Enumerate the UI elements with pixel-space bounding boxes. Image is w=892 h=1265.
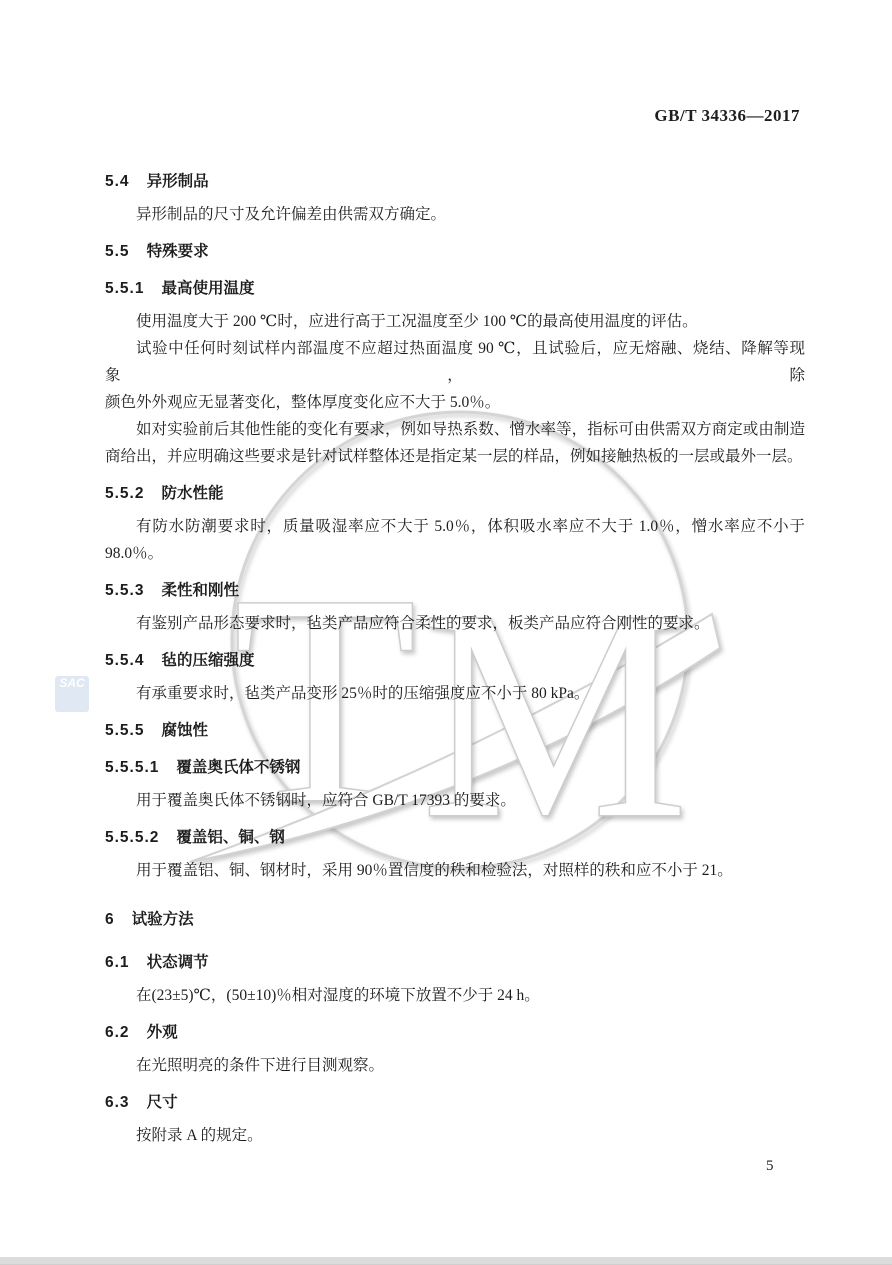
paragraph: 使用温度大于 200 ℃时，应进行高于工况温度至少 100 ℃的最高使用温度的评… <box>105 308 805 335</box>
section-title: 防水性能 <box>161 485 223 502</box>
paragraph-line: 有防水防潮要求时，质量吸湿率应不大于 5.0％，体积吸水率应不大于 1.0％，憎… <box>105 513 805 540</box>
section-heading-6: 6试验方法 <box>105 906 805 933</box>
paragraph: 有鉴别产品形态要求时，毡类产品应符合柔性的要求，板类产品应符合刚性的要求。 <box>105 610 805 637</box>
section-number: 5.5.5.2 <box>105 829 159 846</box>
section-number: 5.4 <box>105 173 130 190</box>
section-number: 5.5.2 <box>105 485 144 502</box>
section-title: 腐蚀性 <box>161 722 208 739</box>
scan-edge-band <box>0 1257 892 1265</box>
paragraph-line: 如对实验前后其他性能的变化有要求，例如导热系数、憎水率等，指标可由供需双方商定或… <box>105 416 805 443</box>
paragraph-line: 颜色外外观应无显著变化，整体厚度变化应不大于 5.0％。 <box>105 389 805 416</box>
section-title: 柔性和刚性 <box>161 582 239 599</box>
section-title: 状态调节 <box>147 954 209 971</box>
document-body: 5.4异形制品异形制品的尺寸及允许偏差由供需双方确定。5.5特殊要求5.5.1最… <box>0 0 892 1149</box>
paragraph-line: 按附录 A 的规定。 <box>105 1122 805 1149</box>
paragraph-line: 试验中任何时刻试样内部温度不应超过热面温度 90 ℃，且试验后，应无熔融、烧结、… <box>105 335 805 389</box>
paragraph: 有防水防潮要求时，质量吸湿率应不大于 5.0％，体积吸水率应不大于 1.0％，憎… <box>105 513 805 567</box>
section-number: 5.5.4 <box>105 652 144 669</box>
section-heading-5.5.5: 5.5.5腐蚀性 <box>105 717 805 744</box>
section-heading-6.3: 6.3尺寸 <box>105 1089 805 1116</box>
section-heading-6.1: 6.1状态调节 <box>105 949 805 976</box>
section-heading-5.5: 5.5特殊要求 <box>105 238 805 265</box>
section-number: 5.5.5 <box>105 722 144 739</box>
section-number: 5.5.3 <box>105 582 144 599</box>
paragraph-line: 在(23±5)℃，(50±10)％相对湿度的环境下放置不少于 24 h。 <box>105 982 805 1009</box>
paragraph: 异形制品的尺寸及允许偏差由供需双方确定。 <box>105 201 805 228</box>
section-heading-5.5.5.2: 5.5.5.2覆盖铝、铜、钢 <box>105 824 805 851</box>
page-number: 5 <box>766 1158 774 1175</box>
section-number: 5.5.5.1 <box>105 759 159 776</box>
paragraph-line: 98.0％。 <box>105 540 805 567</box>
paragraph-line: 在光照明亮的条件下进行目测观察。 <box>105 1052 805 1079</box>
paragraph-line: 商给出，并应明确这些要求是针对试样整体还是指定某一层的样品，例如接触热板的一层或… <box>105 443 805 470</box>
paragraph: 在(23±5)℃，(50±10)％相对湿度的环境下放置不少于 24 h。 <box>105 982 805 1009</box>
paragraph-line: 有鉴别产品形态要求时，毡类产品应符合柔性的要求，板类产品应符合刚性的要求。 <box>105 610 805 637</box>
section-title: 毡的压缩强度 <box>161 652 254 669</box>
section-title: 覆盖铝、铜、钢 <box>176 829 285 846</box>
section-number: 6.3 <box>105 1094 130 1111</box>
paragraph: 试验中任何时刻试样内部温度不应超过热面温度 90 ℃，且试验后，应无熔融、烧结、… <box>105 335 805 416</box>
section-title: 试验方法 <box>132 911 194 928</box>
paragraph-line: 用于覆盖铝、铜、钢材时，采用 90％置信度的秩和检验法，对照样的秩和应不小于 2… <box>105 857 805 884</box>
section-heading-5.4: 5.4异形制品 <box>105 168 805 195</box>
paragraph: 用于覆盖铝、铜、钢材时，采用 90％置信度的秩和检验法，对照样的秩和应不小于 2… <box>105 857 805 884</box>
section-title: 异形制品 <box>147 173 209 190</box>
paragraph-line: 使用温度大于 200 ℃时，应进行高于工况温度至少 100 ℃的最高使用温度的评… <box>105 308 805 335</box>
paragraph-line: 用于覆盖奥氏体不锈钢时，应符合 GB/T 17393 的要求。 <box>105 787 805 814</box>
section-heading-5.5.3: 5.5.3柔性和刚性 <box>105 577 805 604</box>
section-number: 6 <box>105 911 115 928</box>
paragraph: 如对实验前后其他性能的变化有要求，例如导热系数、憎水率等，指标可由供需双方商定或… <box>105 416 805 470</box>
section-heading-5.5.5.1: 5.5.5.1覆盖奥氏体不锈钢 <box>105 754 805 781</box>
section-number: 5.5 <box>105 243 130 260</box>
section-heading-6.2: 6.2外观 <box>105 1019 805 1046</box>
section-heading-5.5.2: 5.5.2防水性能 <box>105 480 805 507</box>
section-number: 5.5.1 <box>105 280 144 297</box>
paragraph-line: 异形制品的尺寸及允许偏差由供需双方确定。 <box>105 201 805 228</box>
section-title: 覆盖奥氏体不锈钢 <box>176 759 300 776</box>
section-title: 外观 <box>147 1024 178 1041</box>
document-header-standard-number: GB/T 34336—2017 <box>654 106 800 126</box>
paragraph-line: 有承重要求时，毡类产品变形 25％时的压缩强度应不小于 80 kPa。 <box>105 680 805 707</box>
section-heading-5.5.1: 5.5.1最高使用温度 <box>105 275 805 302</box>
paragraph: 按附录 A 的规定。 <box>105 1122 805 1149</box>
document-page: T M SAC GB/T 34336—2017 5.4异形制品异形制品的尺寸及允… <box>0 0 892 1265</box>
paragraph: 用于覆盖奥氏体不锈钢时，应符合 GB/T 17393 的要求。 <box>105 787 805 814</box>
section-title: 特殊要求 <box>147 243 209 260</box>
section-title: 最高使用温度 <box>161 280 254 297</box>
section-number: 6.2 <box>105 1024 130 1041</box>
paragraph: 有承重要求时，毡类产品变形 25％时的压缩强度应不小于 80 kPa。 <box>105 680 805 707</box>
section-title: 尺寸 <box>147 1094 178 1111</box>
section-heading-5.5.4: 5.5.4毡的压缩强度 <box>105 647 805 674</box>
section-number: 6.1 <box>105 954 130 971</box>
paragraph: 在光照明亮的条件下进行目测观察。 <box>105 1052 805 1079</box>
